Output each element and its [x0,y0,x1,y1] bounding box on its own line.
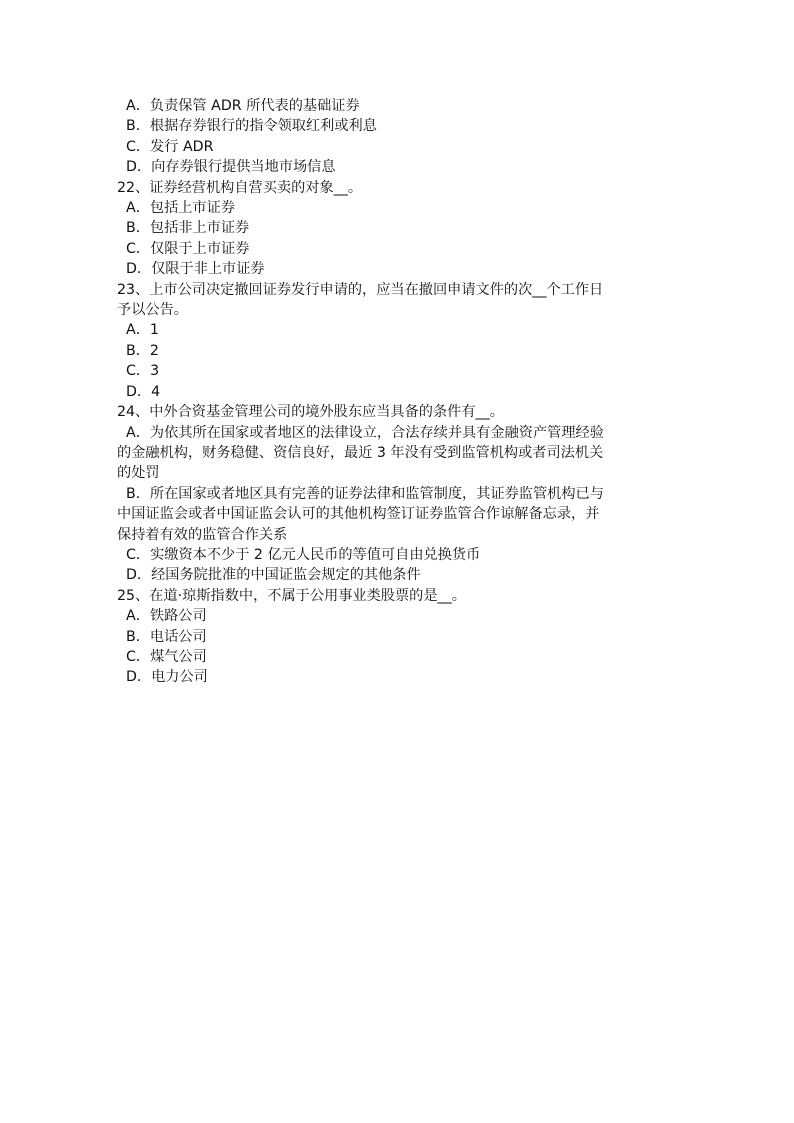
q25-option-c: C．煤气公司 [117,647,679,667]
q21-option-d: D．向存券银行提供当地市场信息 [117,157,679,177]
q21-option-b: B．根据存券银行的指令领取红利或利息 [117,116,679,136]
q24-option-a-line-2: 的金融机构，财务稳健、资信良好，最近 3 年没有受到监管机构或者司法机关 [117,443,679,463]
question-22: 22、证券经营机构自营买卖的对象__。 [117,178,679,198]
q21-option-a: A．负责保管 ADR 所代表的基础证券 [117,96,679,116]
q24-option-d: D．经国务院批准的中国证监会规定的其他条件 [117,565,679,585]
q25-option-a: A．铁路公司 [117,606,679,626]
q24-option-b: B．所在国家或者地区具有完善的证券法律和监管制度，其证券监管机构已与 中国证监会… [117,484,679,545]
q24-option-b-line-2: 中国证监会或者中国证监会认可的其他机构签订证券监管合作谅解备忘录，并 [117,504,679,524]
q23-option-a: A．1 [117,320,679,340]
question-25: 25、在道·琼斯指数中，不属于公用事业类股票的是__。 [117,586,679,606]
q25-option-b: B．电话公司 [117,627,679,647]
document-page: A．负责保管 ADR 所代表的基础证券 B．根据存券银行的指令领取红利或利息 C… [117,96,679,688]
q23-option-d: D．4 [117,382,679,402]
question-23-line-2: 予以公告。 [117,300,679,320]
q24-option-c: C．实缴资本不少于 2 亿元人民币的等值可自由兑换货币 [117,545,679,565]
q22-option-a: A．包括上市证券 [117,198,679,218]
q24-option-b-line-3: 保持着有效的监管合作关系 [117,525,679,545]
q24-option-a: A．为依其所在国家或者地区的法律设立，合法存续并具有金融资产管理经验 的金融机构… [117,423,679,484]
q21-option-c: C．发行 ADR [117,137,679,157]
q23-option-c: C．3 [117,361,679,381]
q22-option-b: B．包括非上市证券 [117,218,679,238]
question-23-line-1: 23、上市公司决定撤回证券发行申请的，应当在撤回申请文件的次__个工作日 [117,280,679,300]
question-24: 24、中外合资基金管理公司的境外股东应当具备的条件有__。 [117,402,679,422]
q24-option-b-line-1: B．所在国家或者地区具有完善的证券法律和监管制度，其证券监管机构已与 [117,484,679,504]
q22-option-c: C．仅限于上市证券 [117,239,679,259]
q25-option-d: D．电力公司 [117,667,679,687]
q24-option-a-line-1: A．为依其所在国家或者地区的法律设立，合法存续并具有金融资产管理经验 [117,423,679,443]
q23-option-b: B．2 [117,341,679,361]
q24-option-a-line-3: 的处罚 [117,463,679,483]
q22-option-d: D．仅限于非上市证券 [117,259,679,279]
question-23: 23、上市公司决定撤回证券发行申请的，应当在撤回申请文件的次__个工作日 予以公… [117,280,679,321]
